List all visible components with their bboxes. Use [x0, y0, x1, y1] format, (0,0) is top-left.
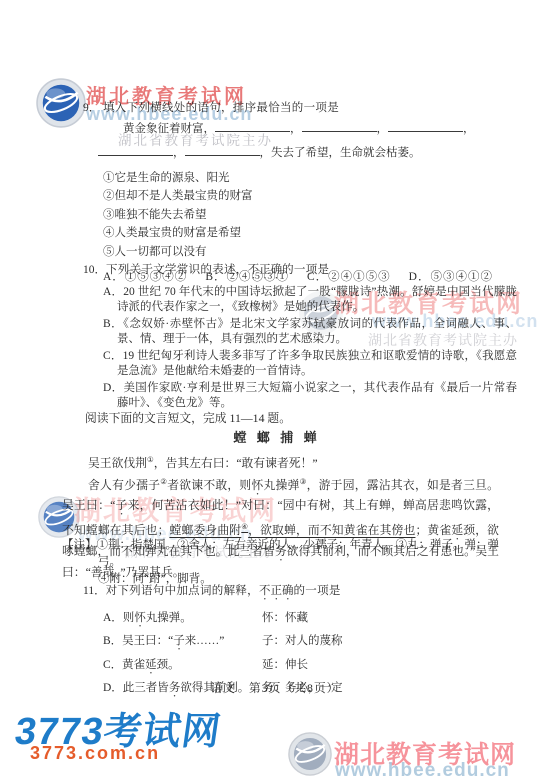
page-footer: 语文 第3页（共8页） [0, 679, 550, 697]
list-item: ④人类最宝贵的财富是希望 [103, 224, 507, 242]
question-9: 9．填入下列横线处的语句，排序最恰当的一项是 黄金象征着财富，，，， ，，失去了… [83, 99, 507, 286]
question-number: 9． [83, 99, 103, 117]
list-item: ②但却不是人类最宝贵的财富 [103, 187, 507, 205]
list-item: ⑤人一切都可以没有 [103, 243, 507, 261]
passage-title: 螳螂捕蝉 [0, 429, 550, 447]
reading-instruction: 阅读下面的文言短文，完成 11—14 题。 [85, 409, 291, 427]
option-b: B．吴王曰：“子来……”子：对人的蔑称 [103, 633, 517, 650]
blank-line [302, 120, 377, 132]
footnote-marker: ① [147, 455, 154, 464]
question-10: 10．下列关于文学常识的表述，不正确的一项是 A．20 世纪 70 年代末的中国… [83, 262, 517, 411]
option-explanation: 子：对人的蔑称 [262, 633, 343, 650]
fill-line-1: 黄金象征着财富，，，， [123, 120, 507, 138]
option-a: A．则怀丸操弹。怀：怀藏 [103, 610, 517, 627]
blank-line [215, 120, 290, 132]
option-explanation: 怀：怀藏 [262, 610, 308, 627]
option-c: C．19 世纪匈牙利诗人裴多菲写了许多争取民族独立和讴歌爱情的诗歌，《我愿意是急… [83, 349, 517, 379]
blank-line [185, 144, 260, 156]
fill-line-2: ，，失去了希望，生命就会枯萎。 [98, 144, 507, 162]
blank-line [388, 120, 463, 132]
dotted-word: 子 [115, 498, 127, 512]
list-item: ③唯独不能失去希望 [103, 206, 507, 224]
footnote-marker: ③ [300, 477, 307, 486]
question-number: 11． [83, 583, 106, 600]
question-number: 10． [83, 262, 106, 278]
underlined-clause: ，欲取蝉，而不知黄雀在其傍也 [248, 523, 415, 537]
option-b: B．《念奴娇·赤壁怀古》是北宋文学家苏轼豪放词的代表作品，全词融人、事、景、情、… [83, 317, 517, 347]
question-9-items: ①它是生命的源泉、阳光 ②但却不是人类最宝贵的财富 ③唯独不能失去希望 ④人类最… [103, 169, 507, 261]
passage-paragraph-1: 吴王欲伐荆①，告其左右曰：“敢有谏者死！” [62, 451, 499, 473]
exam-content: 9．填入下列横线处的语句，排序最恰当的一项是 黄金象征着财富，，，， ，，失去了… [0, 0, 550, 778]
question-11-stem: 11．对下列语句中加点词的解释，不正确的一项是 [83, 583, 517, 603]
option-c: C．黄雀延颈。延：伸长 [103, 657, 517, 674]
blank-line [98, 144, 173, 156]
dotted-word: 怀 [251, 477, 263, 491]
passage-notes: 【注】①荆：指楚国。②舍人：左右亲近的人。少孺子：年青人。③丸：弹子。弹：弹弓。… [62, 537, 499, 588]
dotted-word: 延 [145, 659, 157, 671]
dotted-word: 子 [173, 635, 185, 647]
dotted-word: 延 [451, 523, 463, 537]
exam-page: 湖北教育考试网 www.hbee.edu.cn 湖北省教育考试院主办 湖北教育考… [0, 0, 550, 778]
option-explanation: 延：伸长 [262, 657, 308, 674]
list-item: ①它是生命的源泉、阳光 [103, 169, 507, 187]
option-d: D．美国作家欧·亨利是世界三大短篇小说家之一，其代表作品有《最后一片常春藤叶》、… [83, 381, 517, 411]
question-9-stem: 9．填入下列横线处的语句，排序最恰当的一项是 [83, 99, 507, 117]
question-10-stem: 10．下列关于文学常识的表述，不正确的一项是 [83, 262, 517, 282]
option-a: A．20 世纪 70 年代末的中国诗坛掀起了一股“朦胧诗”热潮。舒婷是中国当代朦… [83, 285, 517, 315]
dotted-word: 怀 [134, 612, 146, 624]
underlined-clause: 螳螂委身曲附 [169, 523, 241, 537]
